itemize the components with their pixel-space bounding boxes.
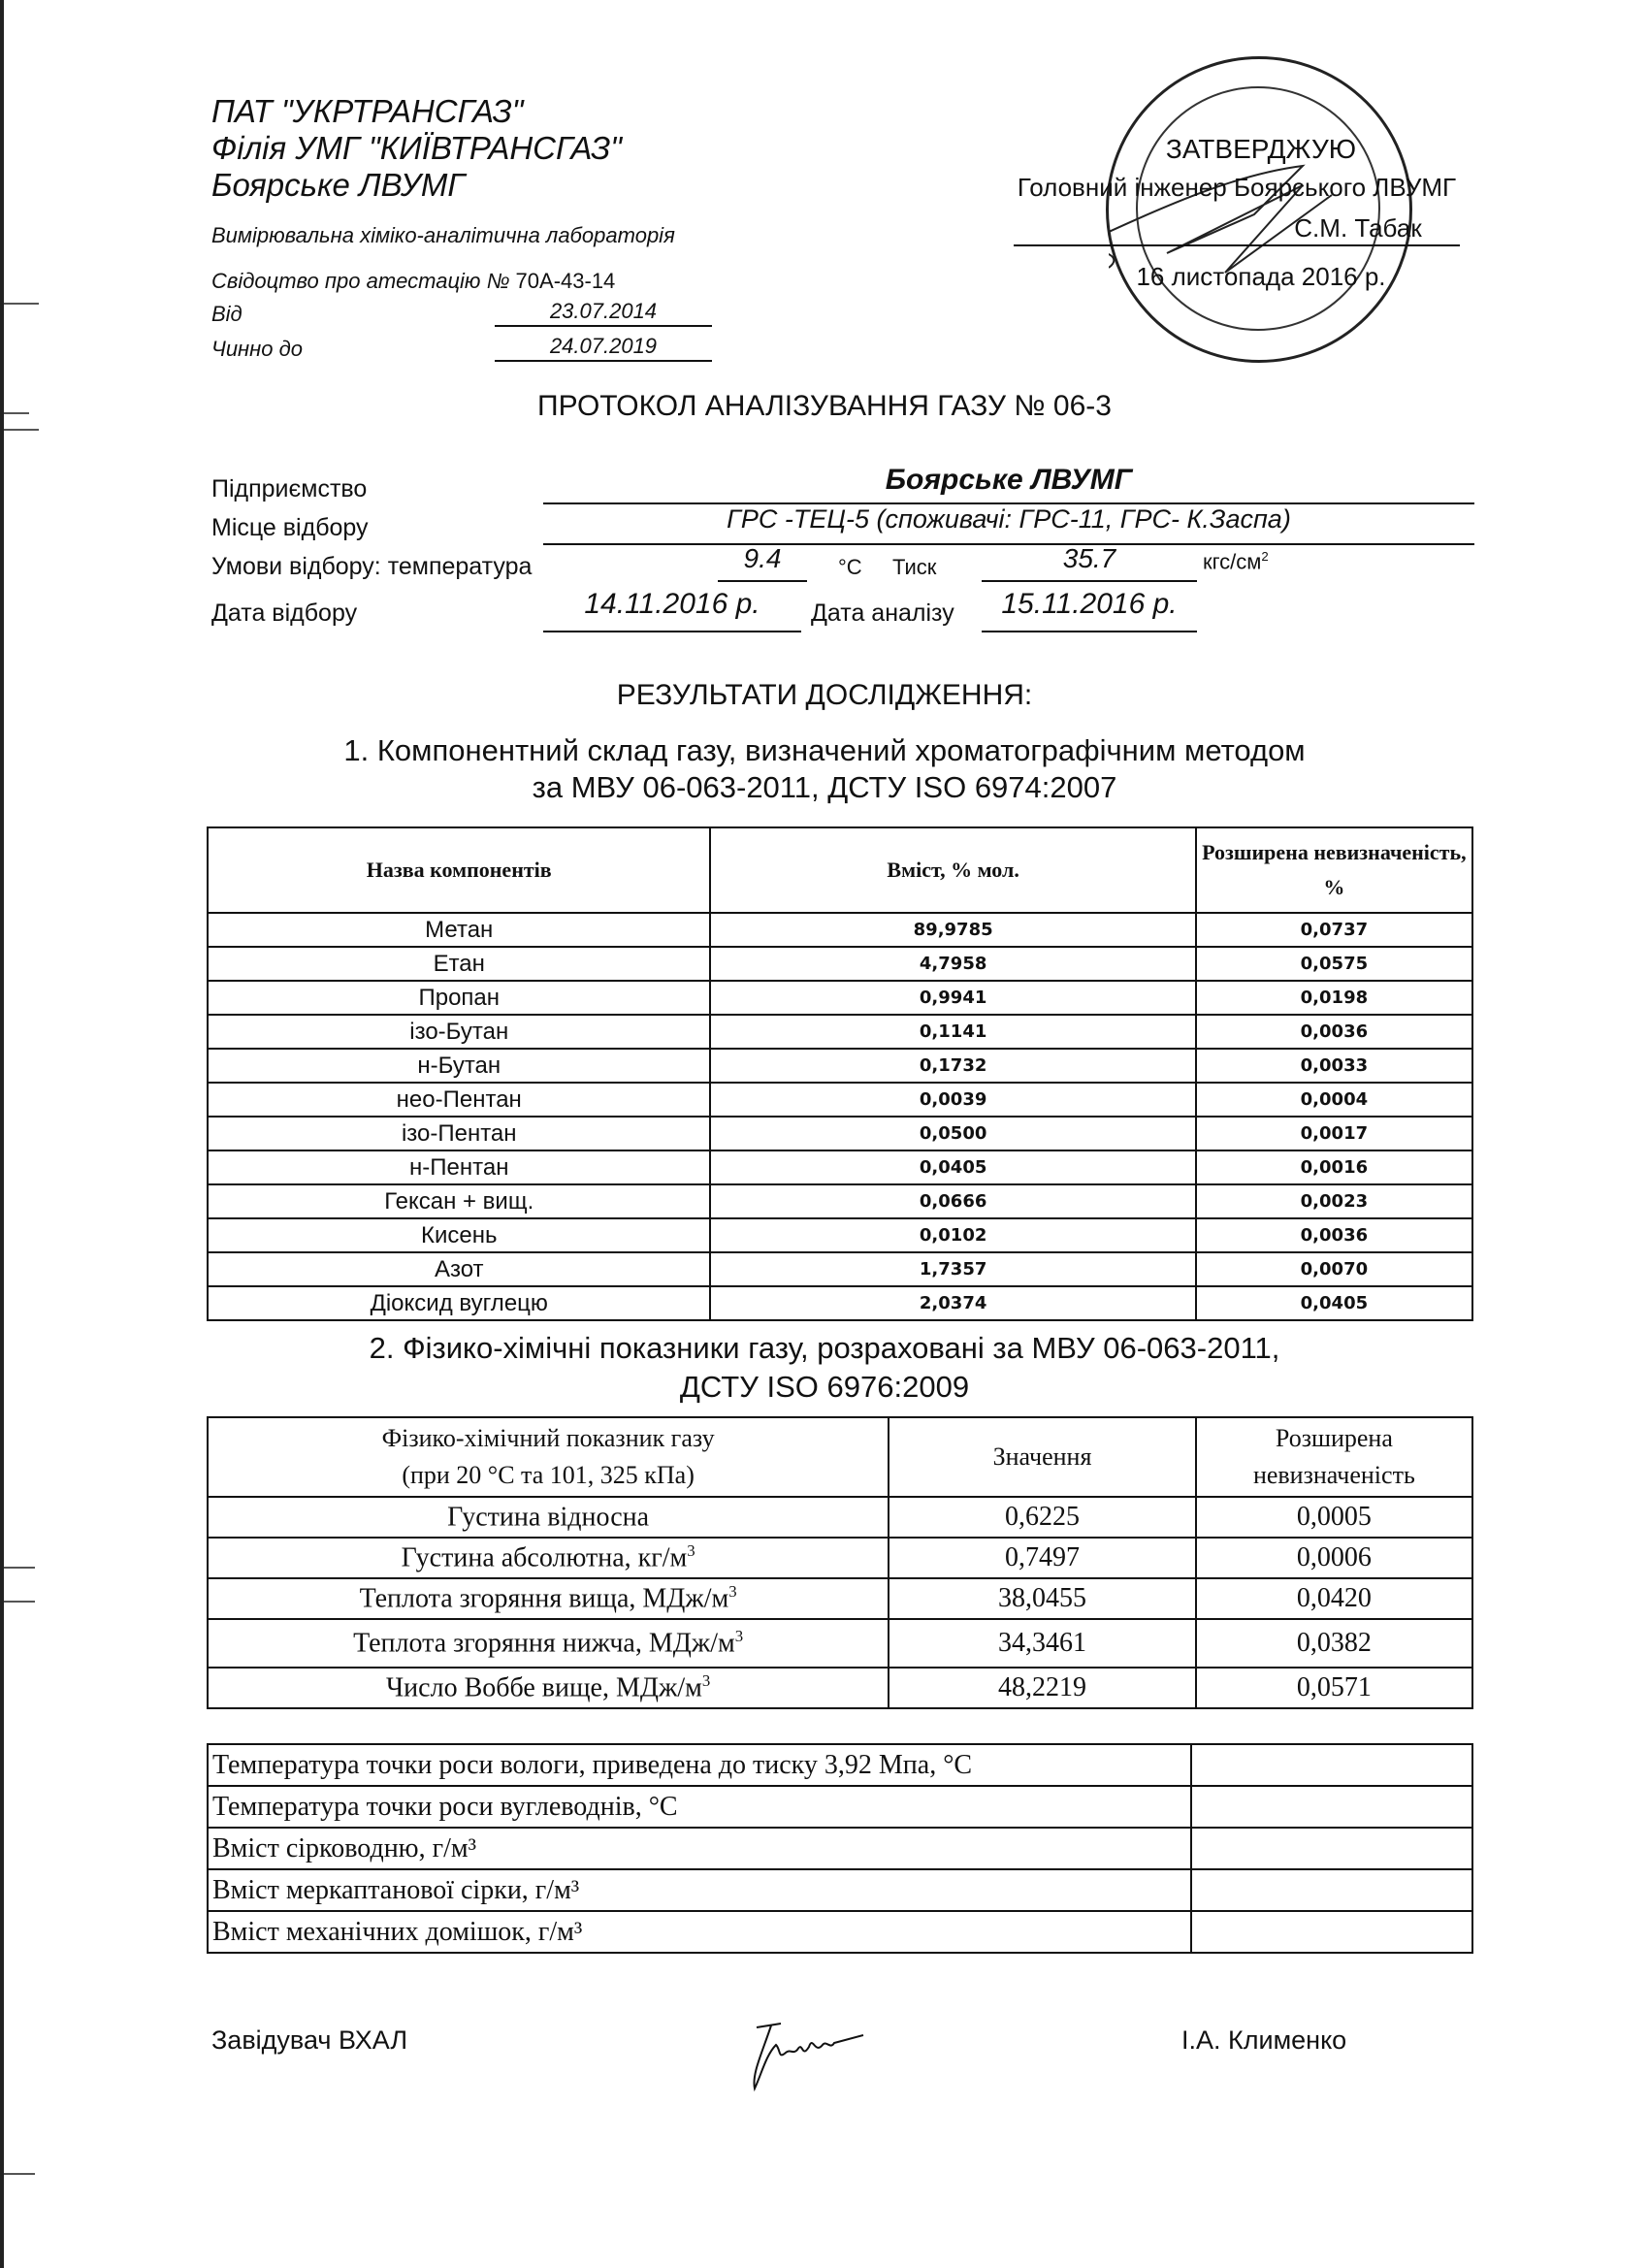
column-header-uncertainty: Розширена невизначеність, %	[1196, 827, 1472, 913]
table-row: н-Бутан0,17320,0033	[208, 1049, 1472, 1083]
uncertainty-value: 0,0017	[1196, 1117, 1472, 1150]
indicator-value: 34,3461	[889, 1619, 1196, 1668]
indicator-value: 48,2219	[889, 1668, 1196, 1708]
content-value: 0,0039	[710, 1083, 1195, 1117]
content-value: 4,7958	[710, 947, 1195, 981]
header-indicator-line1: Фізико-хімічний показник газу	[209, 1420, 888, 1457]
indicator-unit-sup: 3	[687, 1541, 695, 1560]
analysis-date-label: Дата аналізу	[811, 599, 954, 628]
uncertainty-value: 0,0023	[1196, 1184, 1472, 1218]
indicator-name: Теплота згоряння вища, МДж/м3	[208, 1578, 889, 1619]
additional-indicators-table: Температура точки роси вологи, приведена…	[207, 1743, 1473, 1954]
approval-date: 16 листопада 2016 р.	[1077, 262, 1445, 292]
gas-composition-table: Назва компонентів Вміст, % мол. Розширен…	[207, 826, 1473, 1321]
uncertainty-value: 0,0405	[1196, 1286, 1472, 1320]
footer-position: Завідувач ВХАЛ	[211, 2025, 407, 2056]
approval-title: ЗАТВЕРДЖУЮ	[1067, 134, 1455, 165]
lab-name: Вимірювальна хіміко-аналітична лаборатор…	[211, 223, 675, 248]
table-row: Температура точки роси вуглеводнів, °С	[208, 1786, 1472, 1828]
scan-mark	[0, 1601, 35, 1603]
column-header-value: Значення	[889, 1417, 1196, 1497]
content-value: 0,0102	[710, 1218, 1195, 1252]
table-row: нео-Пентан0,00390,0004	[208, 1083, 1472, 1117]
sampling-conditions-label: Умови відбору: температура	[211, 553, 532, 581]
pressure-label: Тиск	[892, 555, 936, 580]
component-name: ізо-Пентан	[208, 1117, 710, 1150]
uncertainty-value: 0,0004	[1196, 1083, 1472, 1117]
component-name: Метан	[208, 913, 710, 947]
indicator-uncertainty: 0,0571	[1196, 1668, 1472, 1708]
stamp-signature-icon	[1109, 59, 1409, 360]
sample-date-value: 14.11.2016 р.	[543, 588, 801, 632]
component-name: Гексан + вищ.	[208, 1184, 710, 1218]
section1-heading-line2: за МВУ 06-063-2011, ДСТУ ISO 6974:2007	[0, 770, 1649, 805]
indicator-uncertainty: 0,0006	[1196, 1538, 1472, 1578]
enterprise-label: Підприємство	[211, 475, 367, 503]
table-row: Густина абсолютна, кг/м30,74970,0006	[208, 1538, 1472, 1578]
department-name: Боярське ЛВУМГ	[211, 167, 465, 204]
indicator-name-text: Теплота згоряння вища, МДж/м	[360, 1584, 729, 1614]
uncertainty-value: 0,0016	[1196, 1150, 1472, 1184]
indicator-name-text: Число Воббе вище, МДж/м	[386, 1673, 702, 1703]
table-row: Діоксид вуглецю2,03740,0405	[208, 1286, 1472, 1320]
section2-heading-line1: 2. Фізико-хімічні показники газу, розрах…	[0, 1331, 1649, 1366]
table-header-row: Фізико-хімічний показник газу (при 20 °С…	[208, 1417, 1472, 1497]
component-name: Етан	[208, 947, 710, 981]
certificate-label: Свідоцтво про атестацію №	[211, 269, 509, 293]
indicator-name-text: Теплота згоряння нижча, МДж/м	[353, 1629, 735, 1659]
head-signature-icon	[737, 2016, 951, 2093]
component-name: Пропан	[208, 981, 710, 1015]
approver-signature-line	[1014, 244, 1460, 246]
pressure-value: 35.7	[982, 543, 1197, 582]
table-row: Метан89,97850,0737	[208, 913, 1472, 947]
uncertainty-value: 0,0575	[1196, 947, 1472, 981]
table-row: Число Воббе вище, МДж/м348,22190,0571	[208, 1668, 1472, 1708]
table-row: Теплота згоряння нижча, МДж/м334,34610,0…	[208, 1619, 1472, 1668]
scan-edge	[0, 0, 4, 2268]
component-name: Діоксид вуглецю	[208, 1286, 710, 1320]
content-value: 2,0374	[710, 1286, 1195, 1320]
scan-mark	[0, 1567, 35, 1569]
certificate-line: Свідоцтво про атестацію № 70А-43-14	[211, 269, 615, 294]
uncertainty-value: 0,0198	[1196, 981, 1472, 1015]
uncertainty-value: 0,0036	[1196, 1015, 1472, 1049]
column-header-component: Назва компонентів	[208, 827, 710, 913]
indicator-name: Густина відносна	[208, 1497, 889, 1538]
pressure-unit-text: кгс/см	[1203, 549, 1261, 573]
content-value: 0,0666	[710, 1184, 1195, 1218]
sampling-place-label: Місце відбору	[211, 514, 369, 542]
section2-heading-line2: ДСТУ ISO 6976:2009	[0, 1370, 1649, 1405]
org-name: ПАТ "УКРТРАНСГАЗ"	[211, 93, 524, 130]
indicator-value	[1191, 1869, 1472, 1911]
indicator-value	[1191, 1786, 1472, 1828]
table-row: ізо-Пентан0,05000,0017	[208, 1117, 1472, 1150]
indicator-uncertainty: 0,0005	[1196, 1497, 1472, 1538]
content-value: 0,1141	[710, 1015, 1195, 1049]
temperature-unit: °С	[838, 555, 862, 580]
component-name: нео-Пентан	[208, 1083, 710, 1117]
table-row: Азот1,73570,0070	[208, 1252, 1472, 1286]
indicator-name-text: Густина абсолютна, кг/м	[402, 1543, 688, 1573]
header-uncertainty-line2: невизначеність	[1197, 1457, 1471, 1494]
indicator-value: 0,6225	[889, 1497, 1196, 1538]
enterprise-value: Боярське ЛВУМГ	[543, 464, 1474, 504]
table-row: Кисень0,01020,0036	[208, 1218, 1472, 1252]
indicator-unit-sup: 3	[702, 1671, 710, 1690]
table-row: ізо-Бутан0,11410,0036	[208, 1015, 1472, 1049]
column-header-content: Вміст, % мол.	[710, 827, 1195, 913]
pressure-unit: кгс/см2	[1203, 549, 1269, 574]
uncertainty-value: 0,0033	[1196, 1049, 1472, 1083]
table-row: Теплота згоряння вища, МДж/м338,04550,04…	[208, 1578, 1472, 1619]
approver-name: С.М. Табак	[1261, 213, 1455, 243]
physico-chemical-table: Фізико-хімічний показник газу (при 20 °С…	[207, 1416, 1473, 1709]
table-row: Етан4,79580,0575	[208, 947, 1472, 981]
indicator-name: Число Воббе вище, МДж/м3	[208, 1668, 889, 1708]
indicator-name: Температура точки роси вологи, приведена…	[208, 1744, 1191, 1786]
indicator-name: Температура точки роси вуглеводнів, °С	[208, 1786, 1191, 1828]
indicator-name: Густина абсолютна, кг/м3	[208, 1538, 889, 1578]
indicator-value: 38,0455	[889, 1578, 1196, 1619]
from-label: Від	[211, 302, 242, 327]
approver-position: Головний інженер Боярського ЛВУМГ	[980, 173, 1494, 203]
protocol-title: ПРОТОКОЛ АНАЛІЗУВАННЯ ГАЗУ № 06-3	[0, 390, 1649, 423]
table-header-row: Назва компонентів Вміст, % мол. Розширен…	[208, 827, 1472, 913]
component-name: н-Бутан	[208, 1049, 710, 1083]
pressure-unit-sup: 2	[1261, 549, 1268, 564]
section1-heading-line1: 1. Компонентний склад газу, визначений х…	[0, 733, 1649, 768]
indicator-name: Вміст сірководню, г/м³	[208, 1828, 1191, 1869]
content-value: 1,7357	[710, 1252, 1195, 1286]
column-header-indicator: Фізико-хімічний показник газу (при 20 °С…	[208, 1417, 889, 1497]
indicator-unit-sup: 3	[728, 1582, 736, 1601]
temperature-value: 9.4	[718, 543, 807, 582]
content-value: 89,9785	[710, 913, 1195, 947]
table-row: Температура точки роси вологи, приведена…	[208, 1744, 1472, 1786]
indicator-value	[1191, 1911, 1472, 1953]
component-name: Кисень	[208, 1218, 710, 1252]
footer-name: І.А. Клименко	[1181, 2025, 1346, 2056]
indicator-uncertainty: 0,0420	[1196, 1578, 1472, 1619]
table-row: Вміст механічних домішок, г/м³	[208, 1911, 1472, 1953]
content-value: 0,0500	[710, 1117, 1195, 1150]
indicator-value	[1191, 1828, 1472, 1869]
content-value: 0,0405	[710, 1150, 1195, 1184]
component-name: н-Пентан	[208, 1150, 710, 1184]
indicator-value	[1191, 1744, 1472, 1786]
table-row: Густина відносна0,62250,0005	[208, 1497, 1472, 1538]
indicator-uncertainty: 0,0382	[1196, 1619, 1472, 1668]
sample-date-label: Дата відбору	[211, 599, 357, 628]
indicator-name-text: Густина відносна	[447, 1503, 649, 1533]
analysis-date-value: 15.11.2016 р.	[982, 588, 1197, 632]
valid-until-date: 24.07.2019	[495, 334, 712, 362]
table-row: Гексан + вищ.0,06660,0023	[208, 1184, 1472, 1218]
scan-mark	[0, 2173, 35, 2175]
indicator-name: Вміст механічних домішок, г/м³	[208, 1911, 1191, 1953]
sampling-place-value: ГРС -ТЕЦ-5 (споживачі: ГРС-11, ГРС- К.За…	[543, 504, 1474, 545]
column-header-uncertainty: Розширена невизначеність	[1196, 1417, 1472, 1497]
content-value: 0,1732	[710, 1049, 1195, 1083]
indicator-unit-sup: 3	[735, 1627, 743, 1645]
certificate-number: 70А-43-14	[516, 269, 616, 293]
from-date: 23.07.2014	[495, 299, 712, 327]
scan-mark	[0, 303, 39, 305]
scan-mark	[0, 412, 29, 414]
header-uncertainty-line1: Розширена	[1197, 1420, 1471, 1457]
scan-mark	[0, 429, 39, 431]
official-stamp	[1106, 56, 1412, 363]
table-row: н-Пентан0,04050,0016	[208, 1150, 1472, 1184]
component-name: ізо-Бутан	[208, 1015, 710, 1049]
uncertainty-value: 0,0070	[1196, 1252, 1472, 1286]
valid-until-label: Чинно до	[211, 337, 303, 362]
branch-name: Філія УМГ "КИЇВТРАНСГАЗ"	[211, 130, 622, 167]
indicator-value: 0,7497	[889, 1538, 1196, 1578]
indicator-name: Вміст меркаптанової сірки, г/м³	[208, 1869, 1191, 1911]
header-indicator-line2: (при 20 °С та 101, 325 кПа)	[209, 1457, 888, 1494]
results-heading: РЕЗУЛЬТАТИ ДОСЛІДЖЕННЯ:	[0, 679, 1649, 712]
table-row: Вміст меркаптанової сірки, г/м³	[208, 1869, 1472, 1911]
component-name: Азот	[208, 1252, 710, 1286]
table-row: Вміст сірководню, г/м³	[208, 1828, 1472, 1869]
uncertainty-value: 0,0036	[1196, 1218, 1472, 1252]
indicator-name: Теплота згоряння нижча, МДж/м3	[208, 1619, 889, 1668]
table-row: Пропан0,99410,0198	[208, 981, 1472, 1015]
content-value: 0,9941	[710, 981, 1195, 1015]
uncertainty-value: 0,0737	[1196, 913, 1472, 947]
